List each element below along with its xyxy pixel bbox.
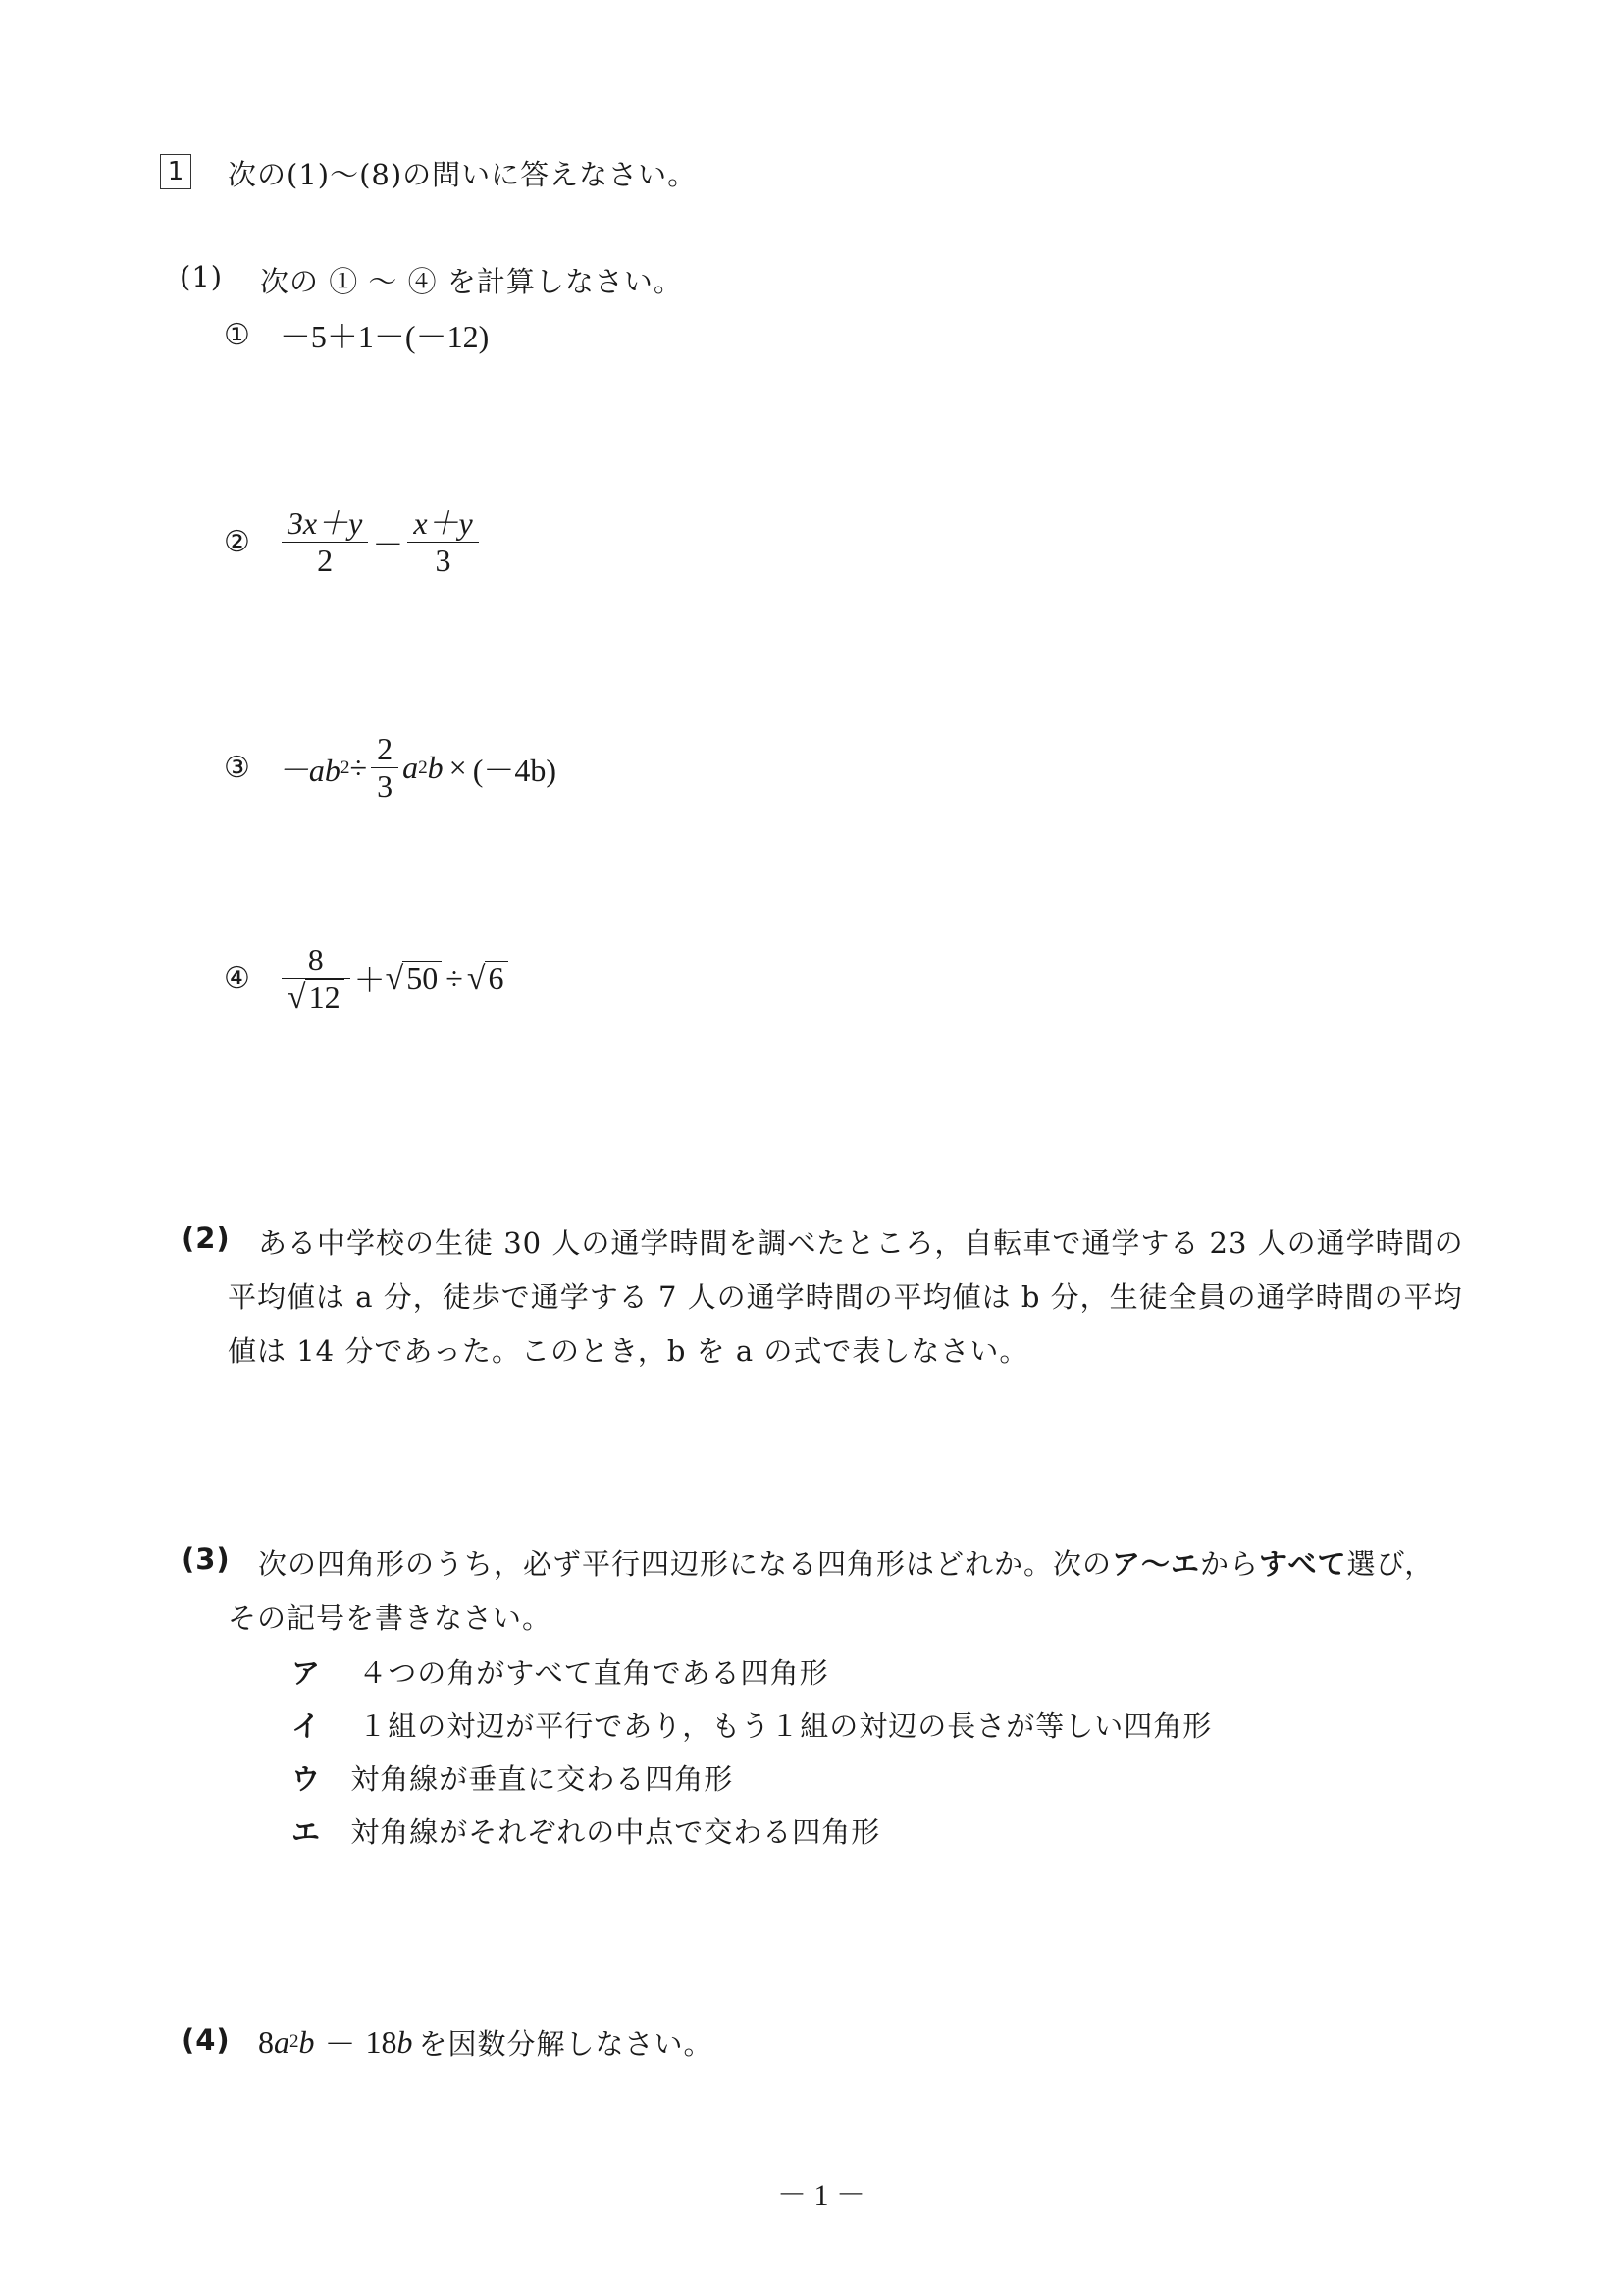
choice-range: ア～エ (1112, 1547, 1200, 1581)
q1-label: (1) (180, 260, 223, 293)
fraction-1: 3x＋y 2 (282, 505, 368, 579)
item-marker: ② (224, 525, 250, 559)
q3-label: (3) (182, 1542, 231, 1576)
q2-label: (2) (182, 1222, 231, 1255)
q3-line-2: その記号を書きなさい。 (228, 1596, 551, 1637)
q1-prompt: 次の ① ～ ④ を計算しなさい。 (260, 260, 683, 300)
expression: －5＋1－(－12) (280, 312, 489, 357)
option-text: 対角線がそれぞれの中点で交わる四角形 (350, 1815, 880, 1849)
option-key: ウ (291, 1762, 321, 1796)
q4-prompt: を因数分解しなさい。 (419, 2022, 713, 2062)
page-number: － 1 － (777, 2170, 865, 2214)
fraction: 8 √12 (282, 942, 350, 1015)
q2-line-1: ある中学校の生徒 30 人の通学時間を調べたところ，自転車で通学する 23 人の… (258, 1222, 1464, 1262)
q1-item-3: ③ －ab2 ÷ 2 3 a2b × (－4b) (224, 731, 556, 805)
emphasis-all: すべて (1259, 1547, 1346, 1581)
q3-option-a: ア ４つの角がすべて直角である四角形 (291, 1651, 829, 1692)
sqrt-6: √6 (467, 961, 508, 996)
q2-line-3: 値は 14 分であった。このとき，b を a の式で表しなさい。 (228, 1330, 1028, 1370)
item-marker: ① (224, 318, 250, 352)
option-key: エ (291, 1815, 321, 1849)
item-marker: ③ (224, 751, 250, 785)
section-number-box: 1 (160, 154, 191, 189)
option-text: １組の対辺が平行であり，もう１組の対辺の長さが等しい四角形 (358, 1709, 1212, 1743)
fraction: 2 3 (371, 731, 398, 805)
q1-item-4: ④ 8 √12 ＋ √50 ÷ √6 (224, 942, 508, 1015)
q4-label: (4) (182, 2023, 231, 2057)
q1-item-1: ① －5＋1－(－12) (224, 312, 489, 357)
q3-option-i: イ １組の対辺が平行であり，もう１組の対辺の長さが等しい四角形 (291, 1704, 1212, 1745)
q4-expression: 8a2b － 18b を因数分解しなさい。 (258, 2019, 713, 2064)
q3-option-e: エ 対角線がそれぞれの中点で交わる四角形 (291, 1810, 880, 1851)
item-marker: ④ (224, 962, 250, 996)
section-instruction: 次の(1)～(8)の問いに答えなさい。 (228, 153, 697, 193)
section-number: 1 (168, 157, 184, 186)
q2-line-2: 平均値は a 分，徒歩で通学する 7 人の通学時間の平均値は b 分，生徒全員の… (228, 1276, 1463, 1316)
q1-item-2: ② 3x＋y 2 － x＋y 3 (224, 505, 483, 579)
option-text: ４つの角がすべて直角である四角形 (358, 1656, 828, 1690)
fraction-2: x＋y 3 (407, 505, 478, 579)
q3-option-u: ウ 対角線が垂直に交わる四角形 (291, 1757, 733, 1798)
q3-line-1: 次の四角形のうち，必ず平行四辺形になる四角形はどれか。次のア～エからすべて選び， (258, 1542, 1434, 1583)
option-key: イ (291, 1709, 321, 1743)
option-key: ア (291, 1656, 321, 1690)
option-text: 対角線が垂直に交わる四角形 (350, 1762, 733, 1796)
sqrt-50: √50 (386, 961, 443, 996)
